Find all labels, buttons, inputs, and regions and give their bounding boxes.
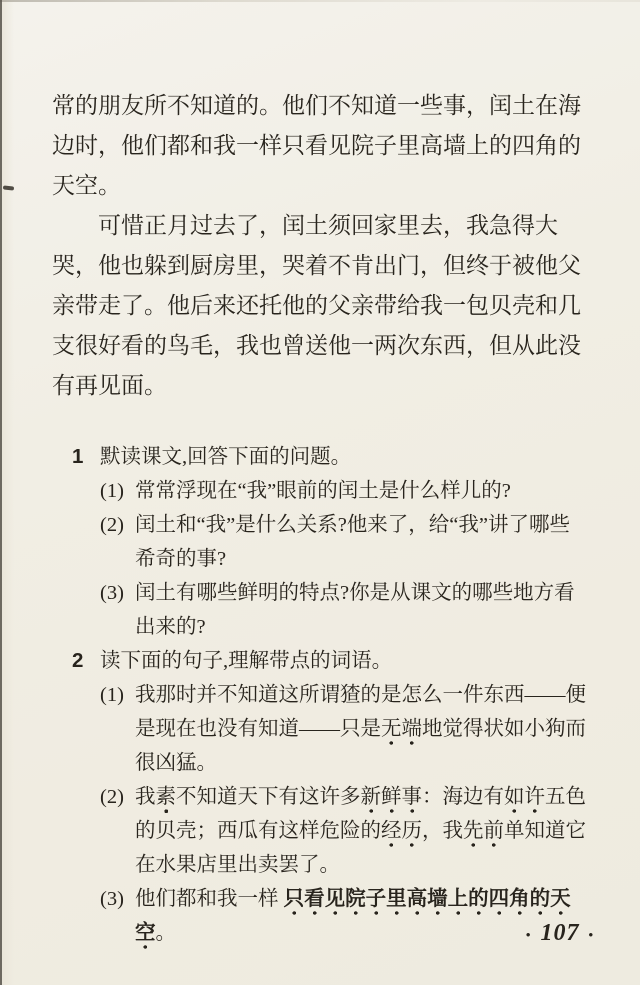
page-number-dot-right-icon: • xyxy=(588,928,594,941)
exercise-item-text: 闰土有哪些鲜明的特点?你是从课文的哪些地方看出来的? xyxy=(135,576,590,644)
page-number-value: 107 xyxy=(540,920,579,947)
exercise-item-label: (1) xyxy=(100,678,135,780)
passage-paragraph: 可惜正月过去了，闰土须回家里去，我急得大哭，他也躲到厨房里，哭着不肯出门，但终于… xyxy=(52,206,590,406)
exercise-number: 1 xyxy=(72,440,100,474)
exercise-item: (1)我那时并不知道这所谓猹的是怎么一件东西——便是现在也没有知道——只是无端地… xyxy=(100,678,590,780)
exercise-item: (3)他们都和我一样 只看见院子里高墙上的四角的天空。 xyxy=(100,882,590,950)
exercise-number: 2 xyxy=(72,644,100,678)
exercise-block: 1默读课文,回答下面的问题。(1)常常浮现在“我”眼前的闰土是什么样儿的?(2)… xyxy=(52,440,590,644)
emphasized-text: 先前 xyxy=(463,820,504,847)
exercise-title: 默读课文,回答下面的问题。 xyxy=(100,440,590,474)
page-binding-edge xyxy=(0,0,2,985)
exercise-heading: 1默读课文,回答下面的问题。 xyxy=(52,440,590,474)
exercise-item-text: 他们都和我一样 只看见院子里高墙上的四角的天空。 xyxy=(135,882,590,950)
text-segment: ：海边有 xyxy=(422,786,504,808)
exercise-item: (3)闰土有哪些鲜明的特点?你是从课文的哪些地方看出来的? xyxy=(100,576,590,644)
exercise-item: (2)闰土和“我”是什么关系?他来了，给“我”讲了哪些希奇的事? xyxy=(100,508,590,576)
exercise-block: 2读下面的句子,理解带点的词语。(1)我那时并不知道这所谓猹的是怎么一件东西——… xyxy=(52,644,590,950)
page-number-dot-left-icon: • xyxy=(526,928,532,941)
exercise-item-label: (2) xyxy=(100,508,135,576)
exercise-item-text: 我那时并不知道这所谓猹的是怎么一件东西——便是现在也没有知道——只是无端地觉得状… xyxy=(135,678,590,780)
page-top-edge-shadow xyxy=(0,0,640,2)
exercise-item-label: (3) xyxy=(100,576,135,644)
exercise-item: (2)我素不知道天下有这许多新鲜事：海边有如许五色的贝壳；西瓜有这样危险的经历，… xyxy=(100,780,590,882)
emphasized-text: 无端 xyxy=(381,718,422,745)
emphasized-text: 素 xyxy=(156,786,177,813)
text-segment: 常常浮现在“我”眼前的闰土是什么样儿的? xyxy=(135,480,511,502)
text-segment: 闰土和“我”是什么关系?他来了，给“我”讲了哪些希奇的事? xyxy=(135,514,570,570)
passage-paragraph: 常的朋友所不知道的。他们不知道一些事，闰土在海边时，他们都和我一样只看见院子里高… xyxy=(52,86,590,206)
exercise-section: 1默读课文,回答下面的问题。(1)常常浮现在“我”眼前的闰土是什么样儿的?(2)… xyxy=(52,440,590,950)
page-content: 常的朋友所不知道的。他们不知道一些事，闰土在海边时，他们都和我一样只看见院子里高… xyxy=(52,86,590,950)
exercise-item-text: 我素不知道天下有这许多新鲜事：海边有如许五色的贝壳；西瓜有这样危险的经历，我先前… xyxy=(135,780,590,882)
text-segment: 不知道天下有这许多 xyxy=(176,786,361,808)
page-number: • 107 • xyxy=(526,920,594,947)
text-segment: 。 xyxy=(156,922,177,944)
lesson-passage: 常的朋友所不知道的。他们不知道一些事，闰土在海边时，他们都和我一样只看见院子里高… xyxy=(52,86,590,406)
exercise-item-label: (3) xyxy=(100,882,135,950)
exercise-title: 读下面的句子,理解带点的词语。 xyxy=(100,644,590,678)
exercise-item-text: 常常浮现在“我”眼前的闰土是什么样儿的? xyxy=(135,474,590,508)
book-page: 常的朋友所不知道的。他们不知道一些事，闰土在海边时，他们都和我一样只看见院子里高… xyxy=(0,0,640,985)
exercise-item-text: 闰土和“我”是什么关系?他来了，给“我”讲了哪些希奇的事? xyxy=(135,508,590,576)
exercise-heading: 2读下面的句子,理解带点的词语。 xyxy=(52,644,590,678)
emphasized-text: 如许 xyxy=(504,786,545,813)
exercise-item-label: (2) xyxy=(100,780,135,882)
exercise-item-label: (1) xyxy=(100,474,135,508)
margin-tick-mark xyxy=(3,185,14,190)
text-segment: 我 xyxy=(135,786,156,808)
emphasized-text: 新鲜事 xyxy=(361,786,423,813)
text-segment: 闰土有哪些鲜明的特点?你是从课文的哪些地方看出来的? xyxy=(135,582,575,638)
emphasized-text: 经历 xyxy=(381,820,422,847)
text-segment: ，我 xyxy=(422,820,463,842)
exercise-item: (1)常常浮现在“我”眼前的闰土是什么样儿的? xyxy=(100,474,590,508)
text-segment: 他们都和我一样 xyxy=(135,888,284,910)
